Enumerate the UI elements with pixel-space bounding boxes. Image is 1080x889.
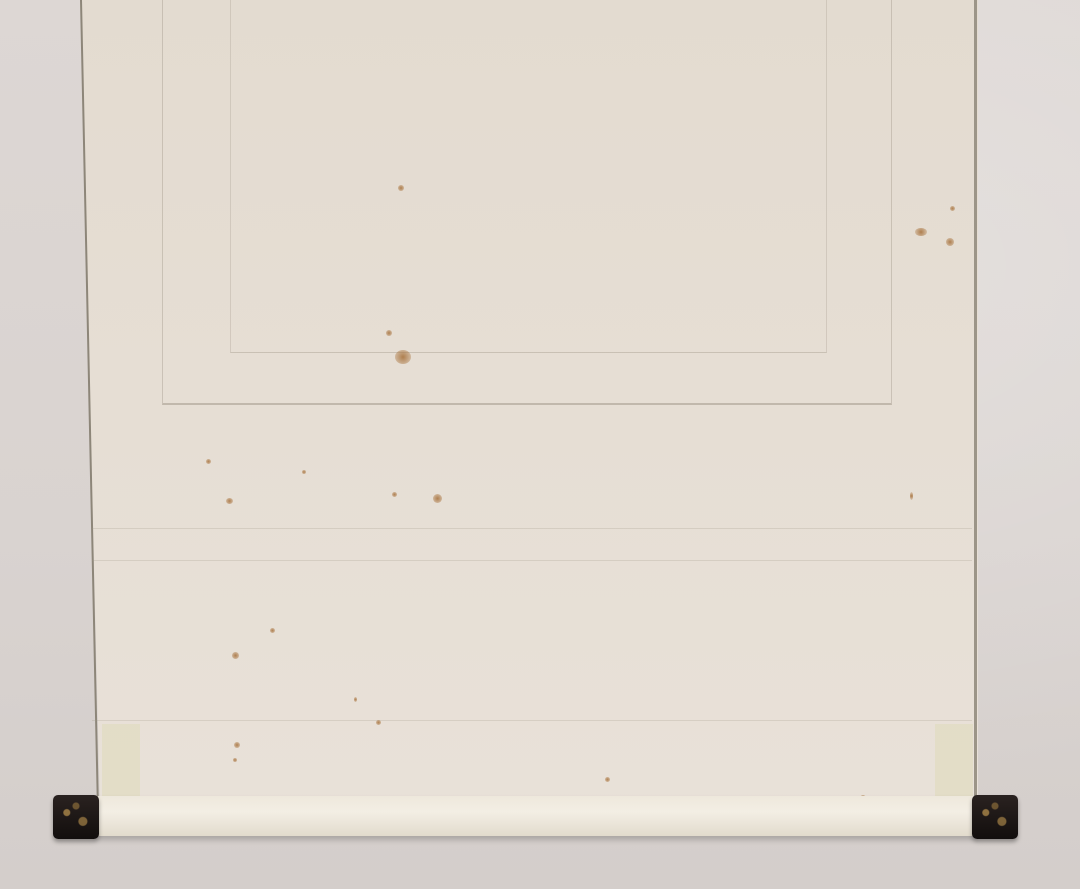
fold-line: [92, 720, 972, 721]
foxing-spot: [946, 238, 954, 246]
inner-panel-outline: [230, 0, 827, 353]
corner-reinforcement-left: [102, 724, 140, 796]
foxing-spot: [234, 742, 240, 748]
roller-end-knob-right: [972, 795, 1018, 839]
foxing-spot: [270, 628, 275, 633]
scroll-roller: [96, 796, 976, 836]
foxing-spot: [915, 228, 927, 236]
scroll-right-edge: [974, 0, 977, 800]
foxing-spot: [910, 492, 913, 500]
foxing-spot: [605, 777, 610, 782]
fold-line: [92, 560, 972, 561]
foxing-spot: [232, 652, 239, 659]
foxing-spot: [398, 185, 404, 191]
fold-line: [92, 528, 972, 529]
foxing-spot: [206, 459, 211, 464]
foxing-spot: [376, 720, 381, 725]
foxing-spot: [233, 758, 237, 762]
foxing-spot: [395, 350, 411, 364]
foxing-spot: [302, 470, 306, 474]
corner-reinforcement-right: [935, 724, 973, 796]
foxing-spot: [392, 492, 397, 497]
foxing-spot: [226, 498, 233, 504]
foxing-spot: [386, 330, 392, 336]
foxing-spot: [354, 697, 357, 702]
foxing-spot: [433, 494, 442, 503]
foxing-spot: [950, 206, 955, 211]
roller-end-knob-left: [53, 795, 99, 839]
